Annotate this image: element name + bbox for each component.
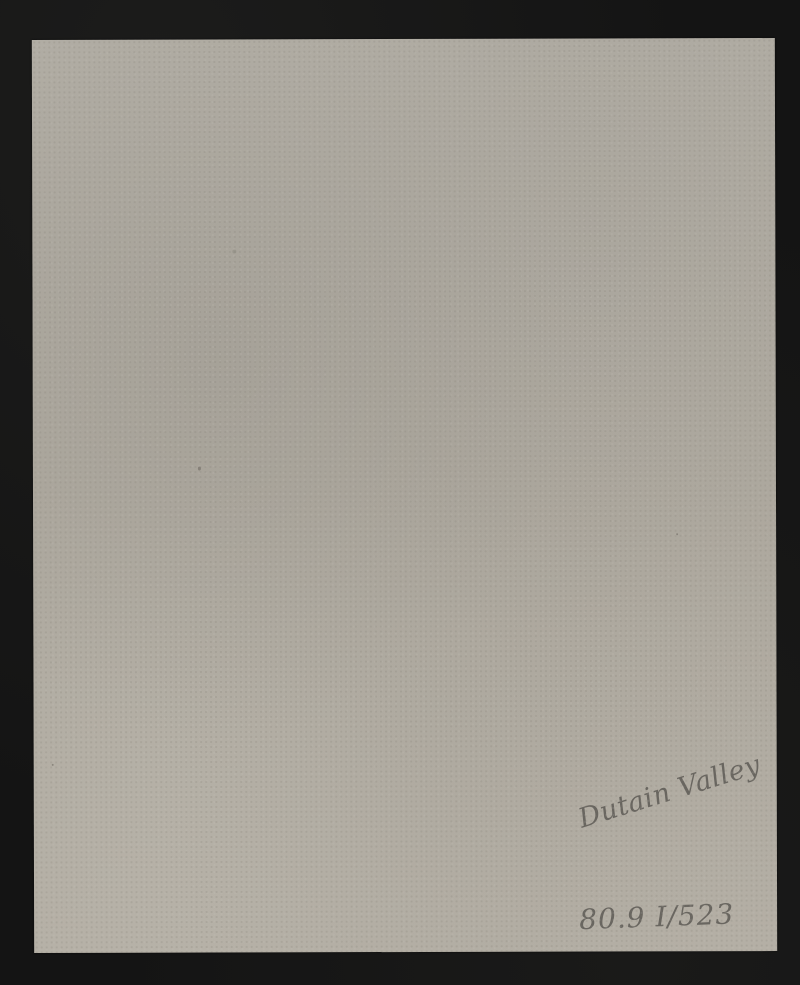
- paper-speck: [198, 467, 201, 471]
- paper-speck: [232, 249, 236, 253]
- paper-sheet: Dutain Valley 80.9 I/523: [32, 38, 777, 953]
- catalog-number: 80.9 I/523: [579, 897, 735, 936]
- paper-speck: [52, 764, 54, 766]
- pencil-signature: Dutain Valley: [575, 749, 764, 834]
- paper-speck: [676, 533, 678, 535]
